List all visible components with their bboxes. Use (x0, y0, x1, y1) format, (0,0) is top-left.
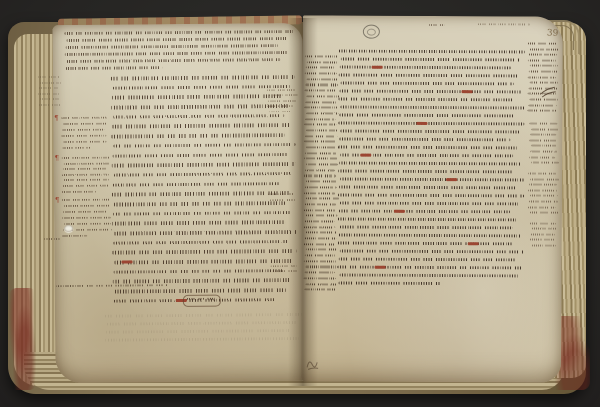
script-line (306, 198, 339, 200)
script-line (271, 265, 297, 267)
script-line (39, 104, 61, 106)
script-line (270, 198, 295, 200)
script-line (304, 124, 336, 126)
rubric-mark (394, 210, 405, 213)
script-line (273, 270, 298, 272)
script-line (305, 220, 335, 222)
script-line (530, 65, 558, 67)
script-line (305, 203, 336, 205)
script-line (339, 209, 510, 213)
script-line (114, 230, 296, 235)
rubric-mark (122, 261, 133, 264)
script-line (40, 98, 60, 100)
script-line (341, 81, 514, 85)
script-line (341, 58, 520, 62)
script-line (62, 173, 109, 175)
script-line (115, 259, 292, 264)
script-line (63, 123, 107, 125)
script-line (111, 133, 284, 138)
right-page: 39 (301, 15, 563, 382)
script-line (528, 189, 557, 191)
script-line (65, 30, 295, 35)
script-line (339, 73, 519, 77)
script-line (268, 100, 296, 102)
script-line (306, 129, 337, 131)
script-line (268, 193, 294, 195)
script-line (114, 201, 285, 206)
script-line (62, 129, 104, 131)
rubric-mark (446, 178, 457, 181)
script-line (67, 37, 288, 42)
script-line (61, 117, 107, 119)
script-line (339, 97, 514, 101)
pilcrow-mark: ¶ (55, 197, 60, 204)
script-line (64, 205, 112, 207)
script-line (338, 241, 513, 245)
script-line (105, 313, 305, 318)
script-line (38, 76, 60, 78)
left-page-top-added-note (65, 30, 295, 75)
script-line (304, 192, 335, 194)
script-line (307, 61, 339, 63)
script-line (528, 76, 556, 78)
script-line (64, 162, 110, 164)
script-line (529, 139, 556, 141)
script-line (304, 260, 337, 262)
manuscript-photo-scene: ¶ ¶ ¶ 39 (0, 0, 600, 407)
script-line (306, 283, 337, 285)
script-line (112, 123, 292, 128)
script-line (340, 105, 524, 109)
script-line (306, 163, 338, 165)
script-line (114, 269, 283, 274)
script-line (529, 184, 557, 186)
top-right-header-note (478, 23, 530, 29)
script-line (305, 72, 337, 74)
script-line (340, 65, 511, 69)
script-line (338, 169, 513, 173)
script-line (531, 128, 558, 130)
script-line (112, 191, 290, 196)
right-page-outer-gloss-2 (529, 123, 557, 169)
script-line (62, 235, 87, 237)
script-line (65, 51, 288, 56)
right-page-outer-gloss-3 (528, 173, 558, 219)
script-line (532, 228, 557, 230)
script-line (61, 135, 106, 137)
script-line (530, 223, 556, 225)
right-page-outer-gloss-1 (527, 42, 557, 118)
script-line (113, 278, 291, 283)
rubric-mark (468, 242, 479, 245)
script-line (187, 298, 217, 301)
pen-flourish-icon (539, 85, 557, 101)
script-line (112, 162, 296, 167)
script-line (305, 118, 335, 120)
script-line (304, 226, 336, 228)
script-line (63, 211, 109, 213)
ink-scribble-icon (305, 355, 323, 371)
script-line (530, 48, 559, 50)
script-line (306, 266, 338, 268)
script-line (528, 173, 558, 175)
script-line (529, 54, 557, 56)
script-line (304, 107, 337, 109)
script-line (340, 201, 519, 205)
script-line (530, 178, 559, 180)
script-line (113, 211, 293, 216)
script-line (305, 254, 336, 256)
script-line (66, 44, 278, 48)
left-margin-note-1: ¶ (61, 117, 107, 155)
script-line (339, 233, 521, 237)
script-line (478, 23, 530, 25)
script-line (44, 238, 60, 240)
pilcrow-mark: ¶ (54, 115, 59, 122)
script-line (62, 190, 96, 192)
script-line (111, 104, 289, 109)
script-line (306, 84, 338, 86)
script-line (113, 153, 288, 158)
script-line (306, 101, 337, 103)
script-line (305, 169, 335, 171)
ink-showthrough (105, 313, 305, 349)
script-line (338, 265, 524, 269)
script-line (339, 257, 516, 261)
rubric-mark (372, 66, 383, 69)
script-line (113, 182, 282, 187)
script-line (66, 66, 163, 69)
script-line (114, 172, 291, 177)
script-line (340, 273, 519, 277)
script-line (107, 321, 299, 326)
script-line (530, 212, 560, 214)
script-line (56, 284, 168, 287)
script-line (338, 145, 518, 149)
script-line (306, 232, 337, 234)
script-line (306, 249, 339, 251)
script-line (113, 240, 288, 245)
right-page-outer-gloss-4 (530, 223, 556, 251)
script-line (307, 78, 338, 80)
faded-edge-note (38, 76, 60, 112)
script-line (530, 195, 558, 197)
script-line (307, 95, 340, 97)
parchment-hole (64, 225, 73, 232)
script-line (63, 147, 91, 149)
script-line (62, 217, 111, 219)
right-page-main-text (338, 50, 525, 295)
rubric-mark (416, 122, 427, 125)
script-line (340, 89, 522, 93)
script-line (269, 94, 298, 96)
script-line (531, 145, 557, 147)
script-line (529, 200, 558, 202)
script-line (530, 150, 557, 152)
top-center-mark (429, 24, 445, 30)
script-line (105, 337, 299, 342)
script-line (339, 161, 521, 165)
left-page: ¶ ¶ ¶ (52, 23, 305, 383)
script-line (530, 134, 556, 136)
script-line (112, 94, 281, 99)
script-line (339, 185, 516, 189)
script-line (305, 237, 337, 239)
library-stamp-inner (367, 29, 376, 36)
script-line (63, 168, 107, 170)
script-line (339, 281, 441, 285)
right-margin-note-1 (267, 89, 297, 117)
script-line (67, 58, 281, 62)
script-line (304, 175, 336, 177)
script-line (529, 156, 555, 158)
script-line (305, 271, 335, 273)
script-line (113, 85, 290, 90)
script-line (304, 141, 335, 143)
script-line (305, 186, 337, 188)
script-line (305, 135, 337, 137)
script-line (340, 249, 524, 253)
folio-number: 39 (547, 28, 559, 38)
script-line (267, 89, 297, 91)
script-line (529, 123, 557, 125)
script-line (530, 82, 560, 84)
script-line (304, 243, 335, 245)
left-margin-note-2: ¶ (62, 157, 110, 197)
script-line (340, 129, 519, 133)
script-line (306, 67, 336, 69)
script-line (306, 112, 338, 114)
pilcrow-mark: ¶ (55, 155, 60, 162)
script-line (111, 75, 295, 80)
rubric-mark (361, 154, 372, 157)
script-line (305, 89, 336, 91)
script-line (528, 206, 556, 208)
script-line (531, 162, 559, 164)
script-line (527, 110, 556, 112)
left-margin-note-3: ¶ (62, 199, 112, 241)
script-line (304, 277, 336, 279)
tiny-margin-mark (44, 238, 60, 244)
script-line (62, 199, 112, 201)
script-line (112, 220, 285, 225)
script-line (532, 244, 556, 246)
catchword-box (183, 295, 221, 307)
script-line (38, 93, 59, 95)
script-line (305, 55, 338, 57)
right-page-inner-gloss-column (303, 55, 337, 295)
script-line (305, 152, 336, 154)
script-line (269, 111, 290, 113)
script-line (112, 249, 296, 254)
rubric-mark (461, 90, 472, 93)
script-line (113, 143, 295, 148)
script-line (304, 209, 337, 211)
script-line (305, 289, 337, 291)
script-line (267, 105, 296, 107)
left-page-bottom-margin-note (56, 284, 168, 293)
script-line (429, 24, 445, 26)
library-stamp (363, 25, 380, 39)
script-line (528, 104, 556, 106)
script-line (339, 113, 516, 117)
script-line (339, 50, 525, 54)
script-line (304, 158, 337, 160)
script-line (340, 225, 513, 229)
right-margin-note-2 (268, 193, 294, 205)
script-line (106, 329, 290, 334)
script-line (529, 70, 558, 72)
script-line (63, 185, 110, 187)
rubric-mark (375, 266, 386, 269)
script-line (338, 217, 518, 221)
script-line (528, 42, 558, 44)
script-line (40, 82, 61, 84)
script-line (340, 177, 524, 181)
script-line (338, 193, 524, 197)
script-line (306, 146, 339, 148)
script-line (306, 215, 338, 217)
right-margin-note-3 (271, 265, 297, 276)
script-line (39, 87, 59, 89)
script-line (64, 179, 109, 181)
script-line (339, 137, 510, 141)
script-line (306, 180, 337, 182)
script-line (63, 141, 106, 143)
script-line (338, 121, 524, 125)
script-line (113, 114, 284, 119)
script-line (62, 157, 110, 159)
script-line (531, 233, 555, 235)
worn-cover-corner-left (9, 288, 37, 390)
script-line (528, 59, 557, 61)
script-line (530, 239, 555, 241)
